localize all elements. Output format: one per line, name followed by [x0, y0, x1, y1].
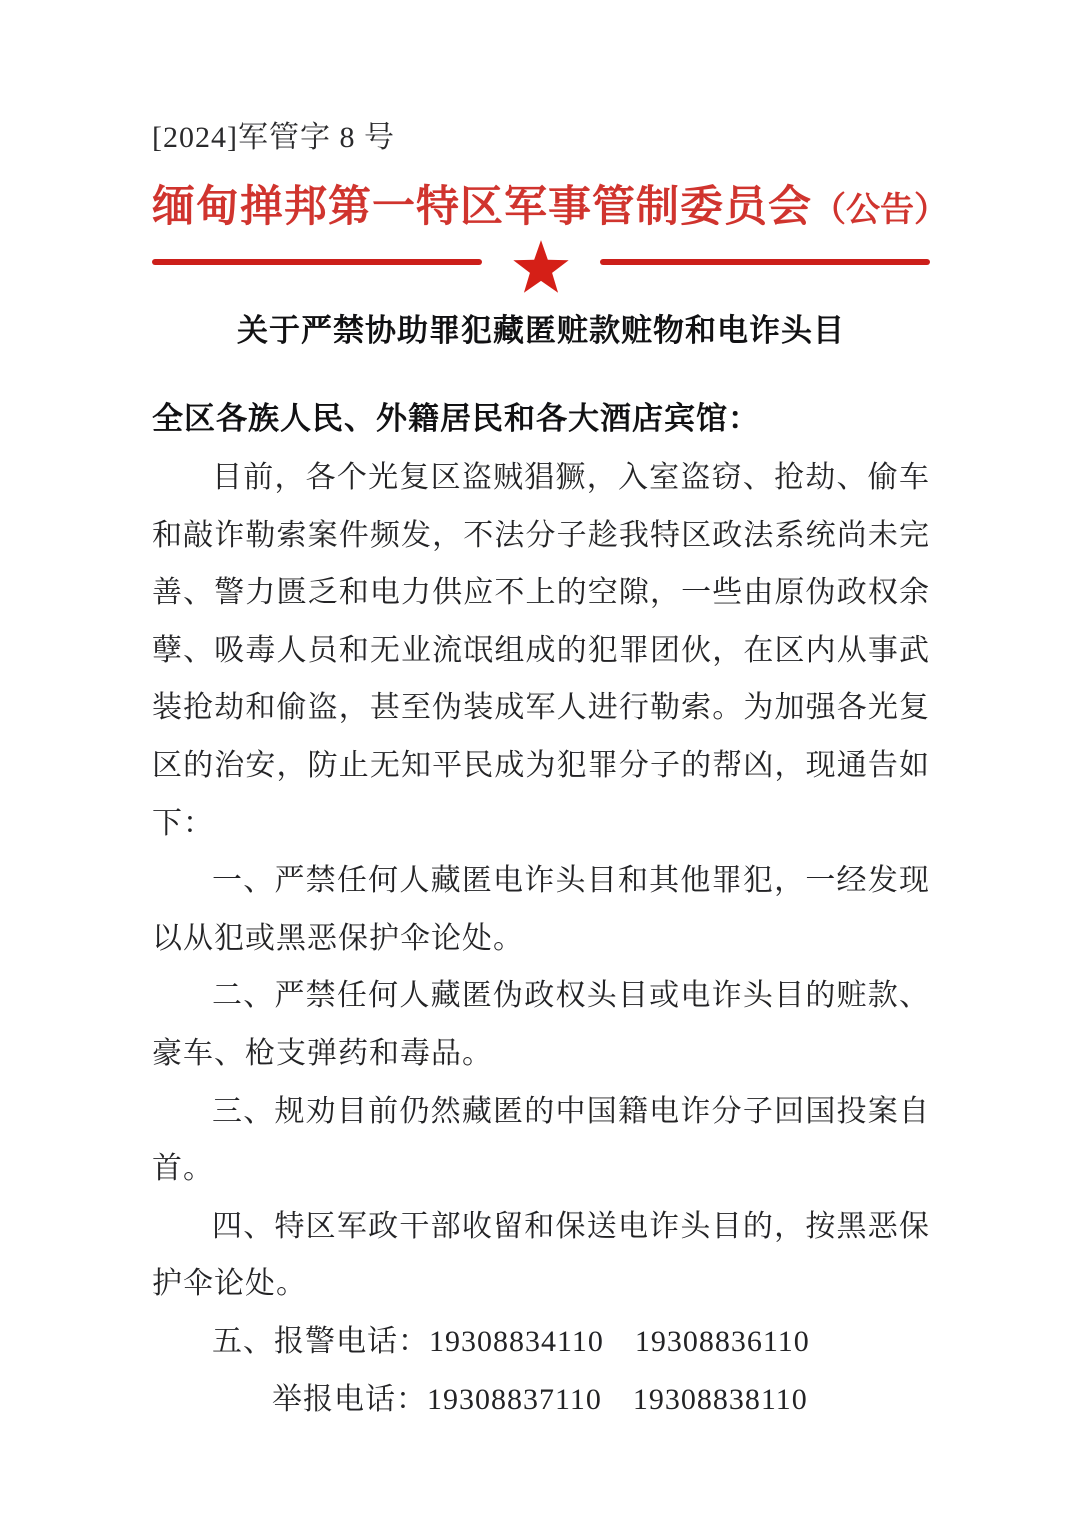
body-paragraph-intro: 目前，各个光复区盗贼猖獗，入室盗窃、抢劫、偷车和敲诈勒索案件频发，不法分子趁我特… — [152, 449, 930, 852]
doc-number: [2024]军管字 8 号 — [152, 118, 930, 158]
notice-body: 目前，各个光复区盗贼猖獗，入室盗窃、抢劫、偷车和敲诈勒索案件频发，不法分子趁我特… — [152, 449, 930, 1428]
subject-title: 关于严禁协助罪犯藏匿赃款赃物和电诈头目 — [152, 309, 930, 353]
red-star-icon — [482, 240, 600, 294]
divider-left-rule — [152, 259, 482, 265]
notice-document: [2024]军管字 8 号 缅甸掸邦第一特区军事管制委员会（公告） 关于严禁协助… — [0, 0, 1080, 1528]
body-paragraph-item-2: 二、严禁任何人藏匿伪政权头目或电诈头目的赃款、豪车、枪支弹药和毒品。 — [152, 967, 930, 1082]
salutation: 全区各族人民、外籍居民和各大酒店宾馆： — [152, 397, 930, 441]
masthead-title-paren: （公告） — [812, 192, 948, 229]
body-paragraph-item-1: 一、严禁任何人藏匿电诈头目和其他罪犯，一经发现以从犯或黑恶保护伞论处。 — [152, 852, 930, 967]
body-paragraph-item-3: 三、规劝目前仍然藏匿的中国籍电诈分子回国投案自首。 — [152, 1083, 930, 1198]
divider-right-rule — [600, 259, 930, 265]
body-paragraph-report-phone: 举报电话：19308837110 19308838110 — [152, 1371, 930, 1429]
masthead-title: 缅甸掸邦第一特区军事管制委员会（公告） — [152, 182, 930, 237]
red-divider — [152, 239, 930, 285]
body-paragraph-item-5-police-phone: 五、报警电话：19308834110 19308836110 — [152, 1313, 930, 1371]
body-paragraph-item-4: 四、特区军政干部收留和保送电诈头目的，按黑恶保护伞论处。 — [152, 1198, 930, 1313]
masthead-title-main: 缅甸掸邦第一特区军事管制委员会 — [152, 184, 812, 231]
